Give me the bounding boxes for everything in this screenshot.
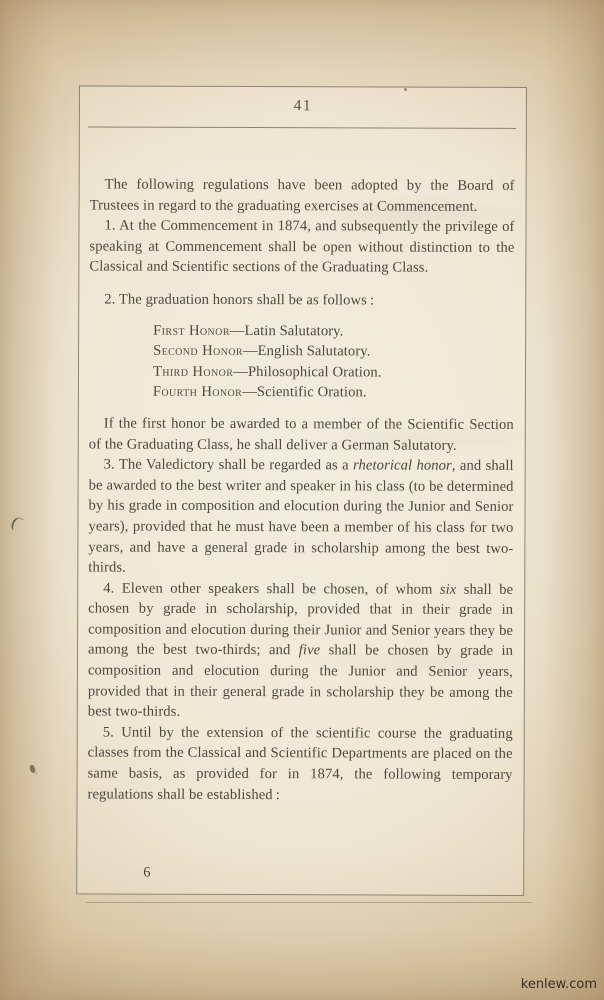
honor-item-second: Second Honor—English Salutatory. [153,341,514,363]
honor-text: —Scientific Oration. [242,384,366,400]
header-rule [88,126,516,128]
paper-speck [29,764,36,773]
item3-italic: rhetorical honor [353,458,452,474]
honor-label: Second Honor [153,343,243,359]
item4-text: 4. Eleven other speakers shall be chosen… [103,580,440,597]
regulation-item-4: 4. Eleven other speakers shall be chosen… [88,578,514,724]
regulation-item-1: 1. At the Commencement in 1874, and subs… [89,216,514,279]
regulation-item-5: 5. Until by the extension of the scienti… [87,722,512,806]
honor-text: —Philosophical Oration. [233,364,381,381]
honor-item-fourth: Fourth Honor—Scientific Oration. [153,382,514,404]
honor-item-third: Third Honor—Philosophical Oration. [153,361,514,383]
page-edge-line [86,902,532,903]
regulation-item-3: 3. The Valedictory shall be regarded as … [88,455,513,580]
watermark: kenlew.com [521,977,597,992]
page-number: 41 [80,96,526,116]
honors-list: First Honor—Latin Salutatory. Second Hon… [153,320,514,404]
regulation-item-2: 2. The graduation honors shall be as fol… [89,289,514,311]
paper-speck [10,516,24,532]
honor-label: Third Honor [153,363,233,379]
honor-item-first: First Honor—Latin Salutatory. [153,320,514,342]
paragraph-german-salutatory: If the first honor be awarded to a membe… [89,413,514,456]
item4-italic: five [299,643,321,659]
honor-label: Fourth Honor [153,384,242,400]
honor-label: First Honor [153,322,230,338]
item3-text: 3. The Valedictory shall be regarded as … [104,457,353,474]
page-body: The following regulations have been adop… [87,174,514,806]
item4-italic: six [440,581,457,597]
page-frame: 41 The following regulations have been a… [76,85,527,896]
item3-text: , and shall be awarded to the best write… [88,458,513,576]
signature-mark: 6 [143,865,150,882]
honor-text: —English Salutatory. [243,343,371,359]
paragraph-intro: The following regulations have been adop… [90,174,515,217]
scanned-page: 41 The following regulations have been a… [0,0,604,1000]
honor-text: —Latin Salutatory. [230,323,344,339]
